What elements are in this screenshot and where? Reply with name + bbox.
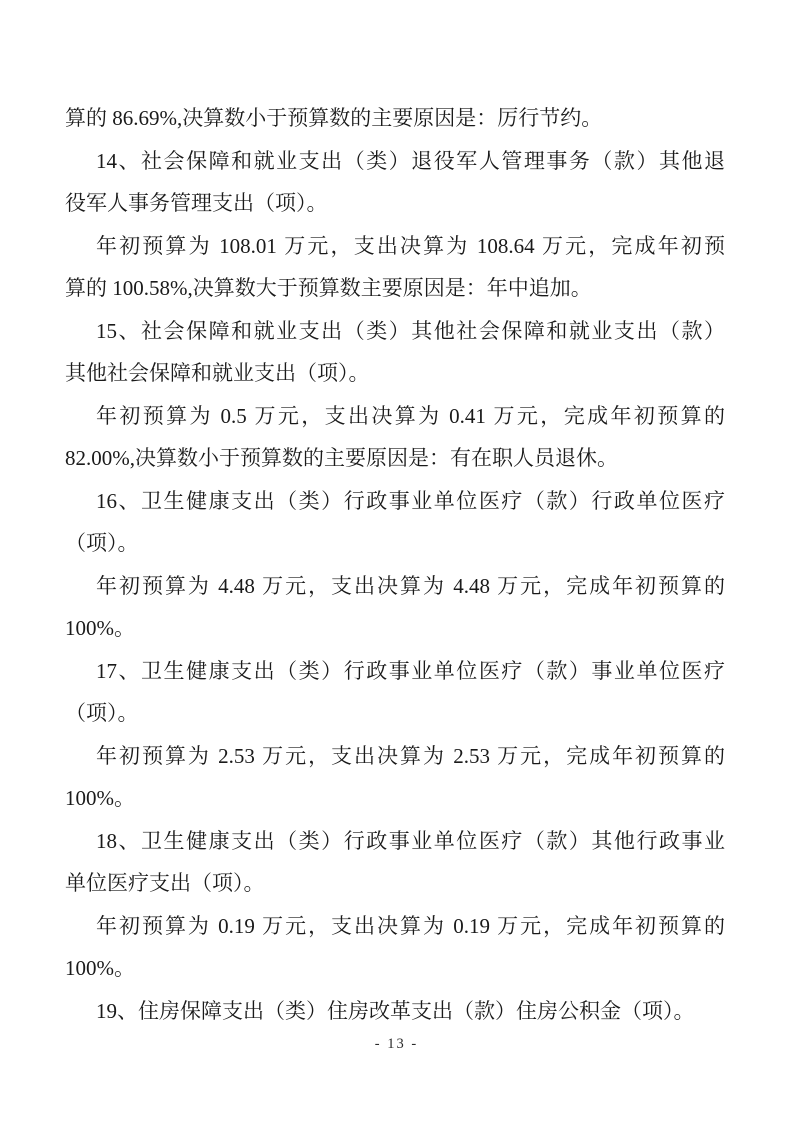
text-line: 年初预算为 4.48 万元，支出决算为 4.48 万元，完成年初预算的: [65, 565, 725, 608]
paragraph: 15、社会保障和就业支出（类）其他社会保障和就业支出（款）其他社会保障和就业支出…: [65, 310, 725, 395]
page-number: - 13 -: [0, 1036, 793, 1053]
paragraph: 算的 86.69%,决算数小于预算数的主要原因是：厉行节约。: [65, 97, 725, 140]
paragraph: 年初预算为 2.53 万元，支出决算为 2.53 万元，完成年初预算的100%。: [65, 735, 725, 820]
paragraph: 年初预算为 108.01 万元，支出决算为 108.64 万元，完成年初预算的 …: [65, 225, 725, 310]
document-body: 算的 86.69%,决算数小于预算数的主要原因是：厉行节约。14、社会保障和就业…: [65, 97, 725, 1032]
text-line: 年初预算为 108.01 万元，支出决算为 108.64 万元，完成年初预: [65, 225, 725, 268]
text-line: 年初预算为 0.5 万元，支出决算为 0.41 万元，完成年初预算的: [65, 395, 725, 438]
paragraph: 19、住房保障支出（类）住房改革支出（款）住房公积金（项）。: [65, 990, 725, 1033]
paragraph: 18、卫生健康支出（类）行政事业单位医疗（款）其他行政事业单位医疗支出（项）。: [65, 820, 725, 905]
text-line: 100%。: [65, 947, 725, 990]
page: 算的 86.69%,决算数小于预算数的主要原因是：厉行节约。14、社会保障和就业…: [0, 0, 793, 1122]
paragraph: 年初预算为 0.5 万元，支出决算为 0.41 万元，完成年初预算的82.00%…: [65, 395, 725, 480]
text-line: 17、卫生健康支出（类）行政事业单位医疗（款）事业单位医疗: [65, 650, 725, 693]
text-line: 16、卫生健康支出（类）行政事业单位医疗（款）行政单位医疗: [65, 480, 725, 523]
text-line: 15、社会保障和就业支出（类）其他社会保障和就业支出（款）: [65, 310, 725, 353]
text-line: 18、卫生健康支出（类）行政事业单位医疗（款）其他行政事业: [65, 820, 725, 863]
text-line: 年初预算为 0.19 万元，支出决算为 0.19 万元，完成年初预算的: [65, 905, 725, 948]
text-line: 14、社会保障和就业支出（类）退役军人管理事务（款）其他退: [65, 140, 725, 183]
text-line: 役军人事务管理支出（项）。: [65, 182, 725, 225]
text-line: 其他社会保障和就业支出（项）。: [65, 352, 725, 395]
text-line: （项）。: [65, 522, 725, 565]
paragraph: 年初预算为 0.19 万元，支出决算为 0.19 万元，完成年初预算的100%。: [65, 905, 725, 990]
text-line: 100%。: [65, 607, 725, 650]
text-line: 算的 100.58%,决算数大于预算数主要原因是：年中追加。: [65, 267, 725, 310]
text-line: （项）。: [65, 692, 725, 735]
text-line: 年初预算为 2.53 万元，支出决算为 2.53 万元，完成年初预算的: [65, 735, 725, 778]
text-line: 100%。: [65, 777, 725, 820]
paragraph: 17、卫生健康支出（类）行政事业单位医疗（款）事业单位医疗（项）。: [65, 650, 725, 735]
paragraph: 14、社会保障和就业支出（类）退役军人管理事务（款）其他退役军人事务管理支出（项…: [65, 140, 725, 225]
text-line: 算的 86.69%,决算数小于预算数的主要原因是：厉行节约。: [65, 97, 725, 140]
paragraph: 16、卫生健康支出（类）行政事业单位医疗（款）行政单位医疗（项）。: [65, 480, 725, 565]
paragraph: 年初预算为 4.48 万元，支出决算为 4.48 万元，完成年初预算的100%。: [65, 565, 725, 650]
text-line: 19、住房保障支出（类）住房改革支出（款）住房公积金（项）。: [65, 990, 725, 1033]
text-line: 单位医疗支出（项）。: [65, 862, 725, 905]
text-line: 82.00%,决算数小于预算数的主要原因是：有在职人员退休。: [65, 437, 725, 480]
